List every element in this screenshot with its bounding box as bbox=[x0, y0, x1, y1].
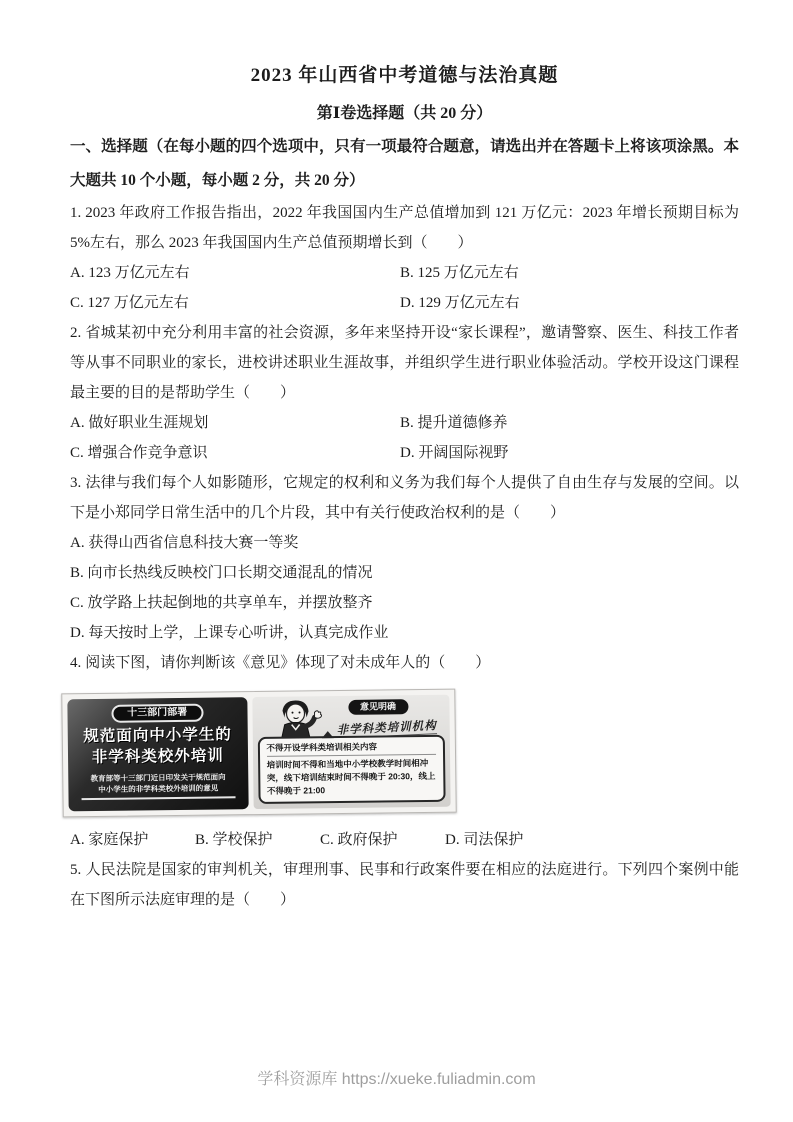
question-text: 人民法院是国家的审判机关，审理刑事、民事和行政案件要在相应的法庭进行。下列四个案… bbox=[70, 862, 739, 908]
poster-right-panel: 意见明确 非学科类培训机构 不得开设学科类培训相关内容 培训时间不得和当地中小学… bbox=[252, 695, 451, 809]
option-a: A. 获得山西省信息科技大赛一等奖 bbox=[70, 528, 739, 558]
option-b: B. 向市长热线反映校门口长期交通混乱的情况 bbox=[70, 558, 739, 588]
exam-document-page: 2023 年山西省中考道德与法治真题 第Ⅰ卷选择题（共 20 分） 一、选择题（… bbox=[0, 0, 793, 1122]
question-number: 3. bbox=[70, 475, 85, 491]
poster-left-badge: 十三部门部署 bbox=[111, 704, 203, 723]
question-number: 1. bbox=[70, 205, 85, 221]
poster-headline-line-2: 非学科类校外培训 bbox=[68, 745, 248, 768]
option-b: B. 学校保护 bbox=[195, 825, 320, 855]
poster-left-panel: 十三部门部署 规范面向中小学生的 非学科类校外培训 教育部等十三部门近日印发关于… bbox=[67, 697, 248, 811]
question-1-options-row-1: A. 123 万亿元左右 B. 125 万亿元左右 bbox=[70, 258, 739, 288]
option-b: B. 提升道德修养 bbox=[400, 408, 508, 438]
question-1-options-row-2: C. 127 万亿元左右 D. 129 万亿元左右 bbox=[70, 288, 739, 318]
question-1-stem: 1.2023 年政府工作报告指出，2022 年我国国内生产总值增加到 121 万… bbox=[70, 198, 739, 258]
option-b: B. 125 万亿元左右 bbox=[400, 258, 519, 288]
option-d: D. 开阔国际视野 bbox=[400, 438, 508, 468]
option-d: D. 司法保护 bbox=[445, 825, 523, 855]
option-a: A. 家庭保护 bbox=[70, 825, 195, 855]
page-content: 2023 年山西省中考道德与法治真题 第Ⅰ卷选择题（共 20 分） 一、选择题（… bbox=[70, 0, 739, 915]
question-text: 法律与我们每个人如影随形，它规定的权利和义务为我们每个人提供了自由生存与发展的空… bbox=[70, 475, 739, 521]
question-2: 2.省城某初中充分利用丰富的社会资源，多年来坚持开设“家长课程”，邀请警察、医生… bbox=[70, 318, 739, 468]
poster-headline-line-1: 规范面向中小学生的 bbox=[68, 724, 248, 747]
question-1: 1.2023 年政府工作报告指出，2022 年我国国内生产总值增加到 121 万… bbox=[70, 198, 739, 318]
question-text: 2023 年政府工作报告指出，2022 年我国国内生产总值增加到 121 万亿元… bbox=[70, 205, 739, 251]
question-2-stem: 2.省城某初中充分利用丰富的社会资源，多年来坚持开设“家长课程”，邀请警察、医生… bbox=[70, 318, 739, 408]
question-5: 5.人民法院是国家的审判机关，审理刑事、民事和行政案件要在相应的法庭进行。下列四… bbox=[70, 855, 739, 915]
question-4: 4.阅读下图，请你判断该《意见》体现了对未成年人的（ ） 十三部门部署 规范面向… bbox=[70, 648, 739, 855]
question-2-options-row-1: A. 做好职业生涯规划 B. 提升道德修养 bbox=[70, 408, 739, 438]
poster-right-badge: 意见明确 bbox=[348, 699, 408, 715]
section-title: 第Ⅰ卷选择题（共 20 分） bbox=[70, 100, 739, 123]
option-c: C. 增强合作竞争意识 bbox=[70, 438, 400, 468]
poster-rule-2: 培训时间不得和当地中小学校教学时间相冲突，线下培训结束时间不得晚于 20:30，… bbox=[267, 757, 437, 798]
question-4-poster-image: 十三部门部署 规范面向中小学生的 非学科类校外培训 教育部等十三部门近日印发关于… bbox=[61, 689, 456, 818]
option-a: A. 做好职业生涯规划 bbox=[70, 408, 400, 438]
option-a: A. 123 万亿元左右 bbox=[70, 258, 400, 288]
question-4-options-row: A. 家庭保护 B. 学校保护 C. 政府保护 D. 司法保护 bbox=[70, 825, 739, 855]
option-d: D. 每天按时上学，上课专心听讲，认真完成作业 bbox=[70, 618, 739, 648]
question-4-stem: 4.阅读下图，请你判断该《意见》体现了对未成年人的（ ） bbox=[70, 648, 739, 678]
question-number: 5. bbox=[70, 862, 85, 878]
page-title: 2023 年山西省中考道德与法治真题 bbox=[70, 60, 739, 87]
question-3: 3.法律与我们每个人如影随形，它规定的权利和义务为我们每个人提供了自由生存与发展… bbox=[70, 468, 739, 648]
question-number: 2. bbox=[70, 325, 85, 341]
instructions-paragraph: 一、选择题（在每小题的四个选项中，只有一项最符合题意，请选出并在答题卡上将该项涂… bbox=[70, 130, 739, 198]
question-2-options-row-2: C. 增强合作竞争意识 D. 开阔国际视野 bbox=[70, 438, 739, 468]
watermark-footer: 学科资源库 https://xueke.fuliadmin.com bbox=[0, 1066, 793, 1089]
option-d: D. 129 万亿元左右 bbox=[400, 288, 520, 318]
question-3-stem: 3.法律与我们每个人如影随形，它规定的权利和义务为我们每个人提供了自由生存与发展… bbox=[70, 468, 739, 528]
option-c: C. 放学路上扶起倒地的共享单车，并摆放整齐 bbox=[70, 588, 739, 618]
poster-rule-1: 不得开设学科类培训相关内容 bbox=[266, 740, 436, 754]
poster-caption-line-2: 中小学生的非学科类校外培训的意见 bbox=[68, 782, 248, 795]
question-5-stem: 5.人民法院是国家的审判机关，审理刑事、民事和行政案件要在相应的法庭进行。下列四… bbox=[70, 855, 739, 915]
poster-underline bbox=[81, 796, 235, 800]
question-number: 4. bbox=[70, 655, 85, 671]
poster-rules-box: 不得开设学科类培训相关内容 培训时间不得和当地中小学校教学时间相冲突，线下培训结… bbox=[257, 735, 445, 804]
question-text: 省城某初中充分利用丰富的社会资源，多年来坚持开设“家长课程”，邀请警察、医生、科… bbox=[70, 325, 739, 401]
option-c: C. 政府保护 bbox=[320, 825, 445, 855]
option-c: C. 127 万亿元左右 bbox=[70, 288, 400, 318]
question-text: 阅读下图，请你判断该《意见》体现了对未成年人的（ ） bbox=[85, 655, 490, 671]
